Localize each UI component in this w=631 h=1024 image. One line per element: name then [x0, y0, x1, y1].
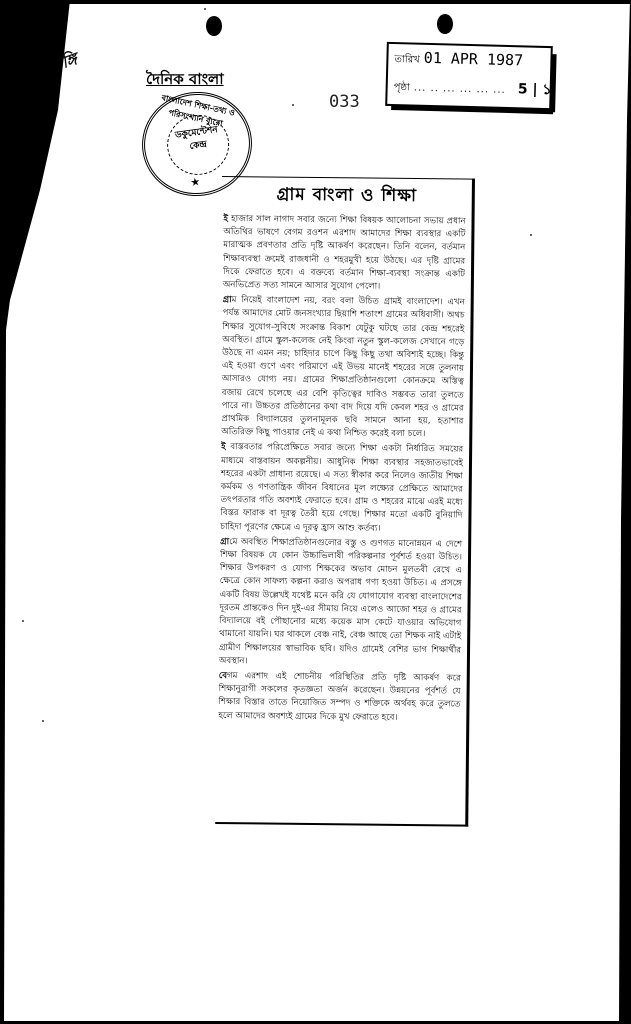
newspaper-article: গ্রাম বাংলা ও শিক্ষা ই হাজার সাল নাগাদ স…: [215, 176, 475, 827]
article-paragraph: গ্রাম নিয়েই বাংলাদেশ নয়, বরং বলা উচিত …: [221, 294, 465, 442]
article-paragraph: ই বাস্তবতার পরিপ্রেক্ষিতে সবার জন্যে শিক…: [220, 441, 463, 536]
page-number: 033: [329, 92, 360, 112]
stamp-date-label: তারিখ: [394, 52, 420, 70]
scan-speck: [204, 8, 206, 10]
date-stamp: তারিখ 01 APR 1987 পৃষ্ঠা ... .. ... ... …: [385, 42, 553, 110]
stamp-page-label: পৃষ্ঠা: [393, 80, 410, 97]
punch-hole-right: [437, 14, 453, 34]
stamp-page-dots: ... .. ... ... ... ...: [414, 83, 506, 96]
article-paragraph: ই হাজার সাল নাগাদ সবার জন্যে শিক্ষা বিষয…: [223, 213, 466, 295]
article-paragraph: বেগম এরশাদ এই শোচনীয় পরিস্থিতির প্রতি দ…: [218, 670, 461, 725]
scan-dark-margin-top: [60, 0, 631, 4]
scan-dark-margin-left: [0, 0, 75, 1024]
scan-speck: [42, 720, 44, 722]
star-icon: ★: [189, 175, 201, 189]
stamp-page-row: পৃষ্ঠা ... .. ... ... ... ... 5 | ১: [393, 74, 551, 102]
article-title: গ্রাম বাংলা ও শিক্ষা: [222, 181, 472, 212]
stamp-page-value: 5 | ১: [517, 77, 551, 102]
scan-speck: [530, 234, 532, 236]
article-body: ই হাজার সাল নাগাদ সবার জন্যে শিক্ষা বিষয…: [216, 213, 471, 725]
newspaper-name: দৈনিক বাংলা: [146, 68, 224, 93]
punch-hole-left: [206, 16, 222, 36]
scanned-page: ঙ্গি তারিখ 01 APR 1987 পৃষ্ঠা ... .. ...…: [0, 0, 631, 1024]
stamp-date-value: 01 APR 1987: [424, 49, 524, 70]
stamp-date-row: তারিখ 01 APR 1987: [394, 48, 523, 72]
article-paragraph: গ্রামে অবস্থিত শিক্ষাপ্রতিষ্ঠানগুলোর বস্…: [219, 536, 462, 671]
scan-speck: [22, 620, 24, 622]
scan-dark-margin-right: [619, 0, 631, 1024]
scan-speck: [292, 104, 294, 106]
